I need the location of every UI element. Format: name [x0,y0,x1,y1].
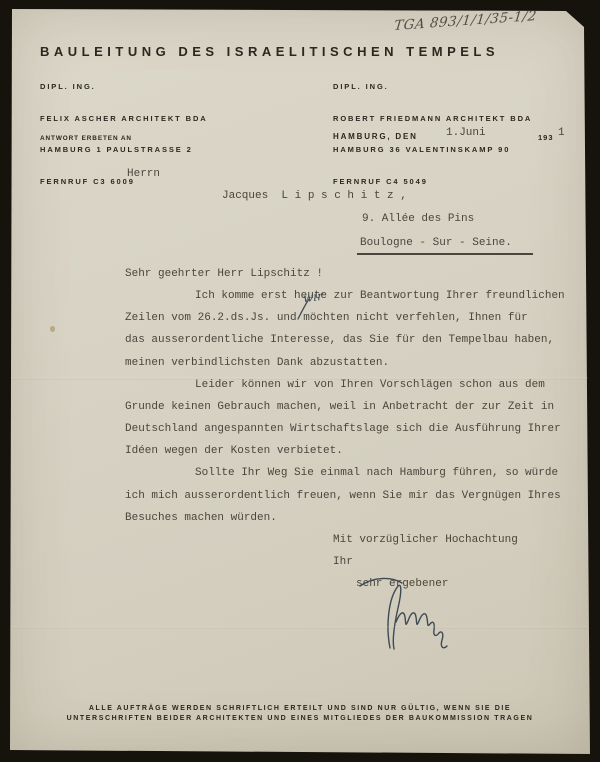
paper-stain [50,326,55,332]
body-line: Leider können wir von Ihren Vorschlägen … [125,374,590,396]
letterhead-line: HAMBURG 36 VALENTINSKAMP 90 [333,145,532,156]
body-line: Besuches machen würden. [125,507,590,529]
letterhead-architect-friedmann: DIPL. ING. ROBERT FRIEDMANN ARCHITEKT BD… [333,61,532,198]
footer-conditions: ALLE AUFTRÄGE WERDEN SCHRIFTLICH ERTEILT… [40,704,560,725]
letterhead-line: FERNRUF C4 5049 [333,177,532,188]
body-line: Idéen wegen der Kosten verbietet. [125,440,590,462]
recipient-city-underline [357,253,533,255]
dateline-place-label: HAMBURG, DEN [333,132,418,141]
letterhead-line: FELIX ASCHER ARCHITEKT BDA [40,114,208,125]
letterhead-line: DIPL. ING. [40,82,208,93]
reply-request-label: ANTWORT ERBETEN AN [40,135,132,142]
dateline-typed-date: 1.Juni [446,127,486,139]
footer-line: ALLE AUFTRÄGE WERDEN SCHRIFTLICH ERTEILT… [40,704,560,714]
letterhead-line: DIPL. ING. [333,82,532,93]
letterhead-line: HAMBURG 1 PAULSTRASSE 2 [40,145,208,156]
letter-body: Sehr geehrter Herr Lipschitz ! Ich komme… [125,263,590,595]
recipient-street: 9. Allée des Pins [362,213,474,225]
insert-caret-slash [294,297,316,321]
body-line: Zeilen vom 26.2.ds.Js. und möchten nicht… [125,307,590,329]
salutation-line: Sehr geehrter Herr Lipschitz ! [125,263,590,285]
letterhead-line: FERNRUF C3 6009 [40,177,208,188]
recipient-city: Boulogne - Sur - Seine. [360,237,512,249]
closing-line: Mit vorzüglicher Hochachtung [125,529,590,551]
body-line: meinen verbindlichsten Dank abzustatten. [125,352,590,374]
body-line: das ausserordentliche Interesse, das Sie… [125,329,590,351]
recipient-prefix: Herrn [127,168,160,180]
recipient-name: Jacques L i p s c h i t z , [222,190,407,202]
letterhead-architect-ascher: DIPL. ING. FELIX ASCHER ARCHITEKT BDA HA… [40,61,208,198]
letterhead-title: BAULEITUNG DES ISRAELITISCHEN TEMPELS [40,44,499,59]
body-line: Ich komme erst heute zur Beantwortung Ih… [125,285,590,307]
body-line: Deutschland angespannten Wirtschaftslage… [125,418,590,440]
letterhead-line: ROBERT FRIEDMANN ARCHITEKT BDA [333,114,532,125]
signature-scribble [352,570,462,660]
body-line: Sollte Ihr Weg Sie einmal nach Hamburg f… [125,462,590,484]
footer-line: UNTERSCHRIFTEN BEIDER ARCHITEKTEN UND EI… [40,714,560,724]
body-line: Grunde keinen Gebrauch machen, weil in A… [125,396,590,418]
dateline-printed-year: 193 [538,133,554,142]
dateline-typed-year-digit: 1 [558,127,565,139]
body-line: ich mich ausserordentlich freuen, wenn S… [125,485,590,507]
